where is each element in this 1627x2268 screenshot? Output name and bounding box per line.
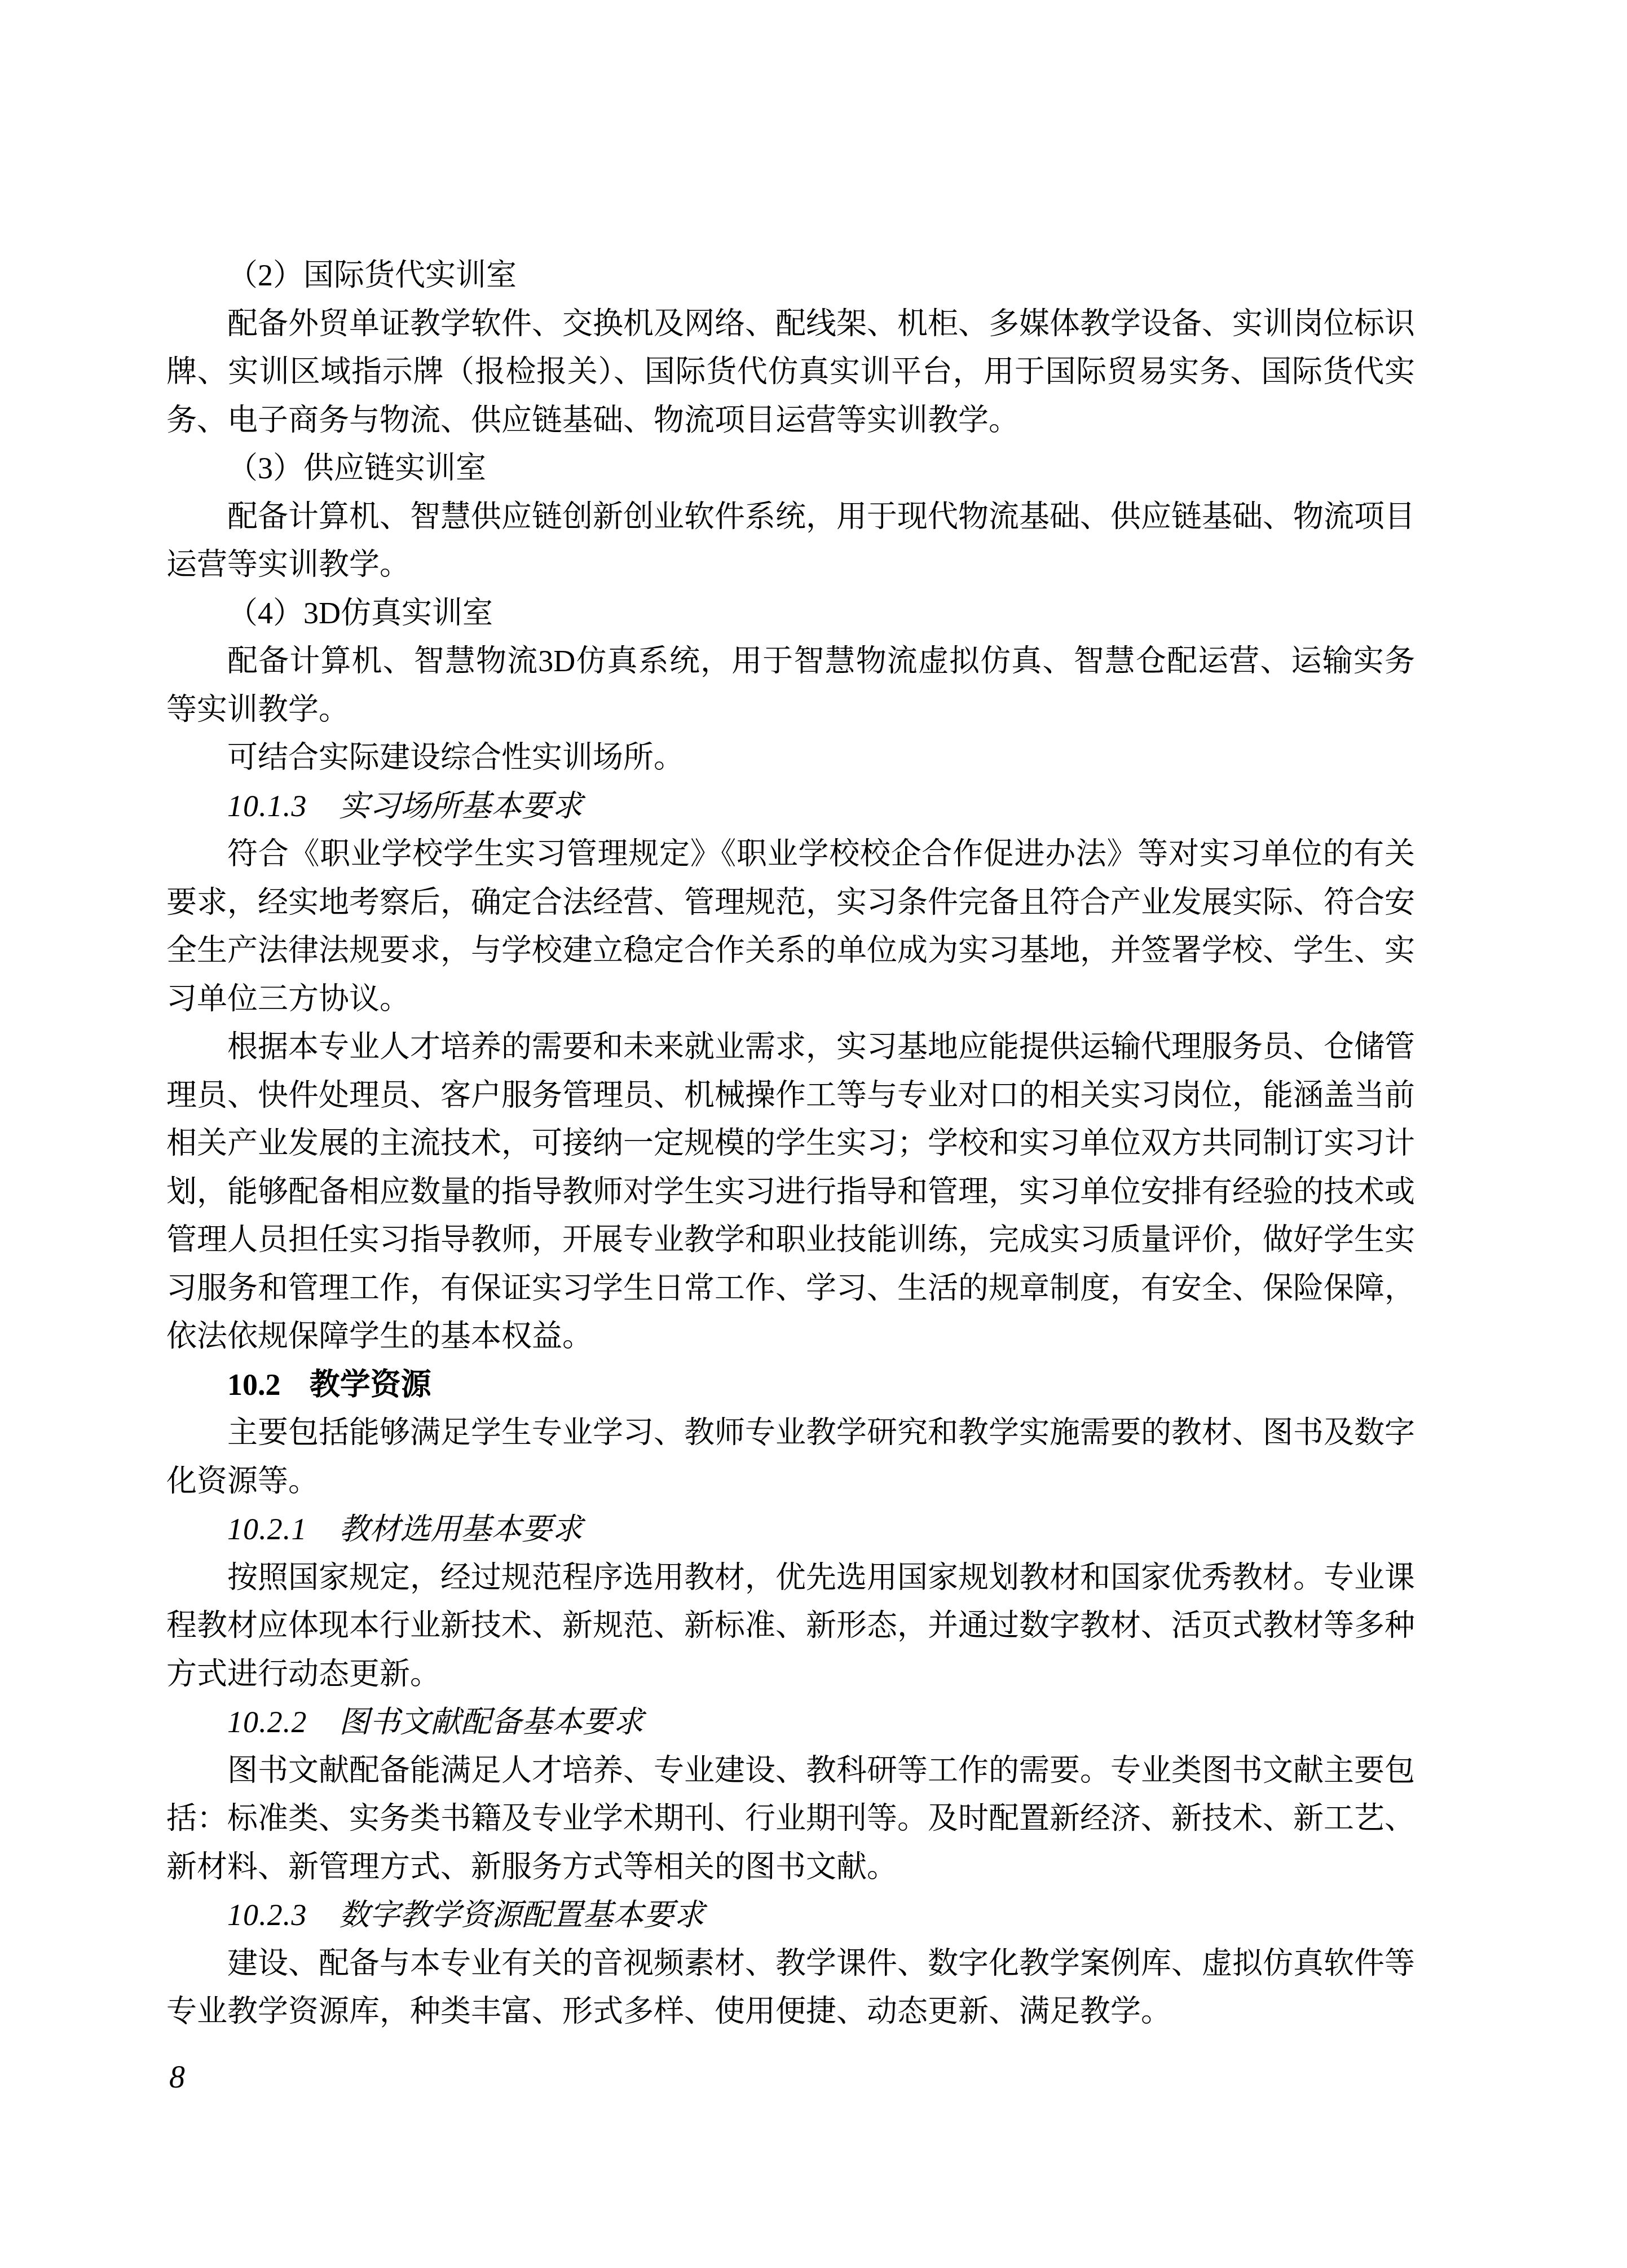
body-paragraph: 图书文献配备能满足人才培养、专业建设、教科研等工作的需要。专业类图书文献主要包括…: [166, 1747, 1415, 1892]
list-item-heading: （2）国际货代实训室: [166, 252, 1415, 300]
list-item-heading: （3）供应链实训室: [166, 444, 1415, 493]
heading-title: 数字教学资源配置基本要求: [339, 1898, 704, 1932]
section-heading: 10.2.2图书文献配备基本要求: [166, 1698, 1415, 1747]
section-heading: 10.2教学资源: [166, 1361, 1415, 1410]
list-item-heading: （4）3D仿真实训室: [166, 589, 1415, 638]
body-paragraph: 配备计算机、智慧供应链创新创业软件系统，用于现代物流基础、供应链基础、物流项目运…: [166, 493, 1415, 589]
page-number: 8: [169, 2058, 185, 2097]
heading-title: 实习场所基本要求: [339, 789, 583, 823]
section-heading: 10.2.3数字教学资源配置基本要求: [166, 1891, 1415, 1940]
heading-title: 教学资源: [310, 1368, 431, 1402]
body-paragraph: 可结合实际建设综合性实训场所。: [166, 734, 1415, 782]
heading-number: 10.2.1: [227, 1512, 307, 1546]
heading-number: 10.2.3: [227, 1898, 307, 1932]
body-paragraph: 主要包括能够满足学生专业学习、教师专业教学研究和教学实施需要的教材、图书及数字化…: [166, 1409, 1415, 1505]
body-paragraph: 建设、配备与本专业有关的音视频素材、教学课件、数字化教学案例库、虚拟仿真软件等专…: [166, 1940, 1415, 2036]
body-paragraph: 按照国家规定，经过规范程序选用教材，优先选用国家规划教材和国家优秀教材。专业课程…: [166, 1554, 1415, 1699]
heading-number: 10.2: [227, 1368, 281, 1402]
document-page: （2）国际货代实训室配备外贸单证教学软件、交换机及网络、配线架、机柜、多媒体教学…: [0, 0, 1627, 2268]
body-paragraph: 配备外贸单证教学软件、交换机及网络、配线架、机柜、多媒体教学设备、实训岗位标识牌…: [166, 300, 1415, 445]
body-paragraph: 配备计算机、智慧物流3D仿真系统，用于智慧物流虚拟仿真、智慧仓配运营、运输实务等…: [166, 637, 1415, 734]
heading-number: 10.1.3: [227, 789, 307, 823]
heading-title: 图书文献配备基本要求: [339, 1705, 643, 1739]
document-content: （2）国际货代实训室配备外贸单证教学软件、交换机及网络、配线架、机柜、多媒体教学…: [166, 252, 1415, 2036]
body-paragraph: 符合《职业学校学生实习管理规定》《职业学校校企合作促进办法》等对实习单位的有关要…: [166, 830, 1415, 1023]
heading-number: 10.2.2: [227, 1705, 307, 1739]
heading-title: 教材选用基本要求: [339, 1512, 583, 1546]
section-heading: 10.1.3实习场所基本要求: [166, 782, 1415, 831]
section-heading: 10.2.1教材选用基本要求: [166, 1505, 1415, 1554]
body-paragraph: 根据本专业人才培养的需要和未来就业需求，实习基地应能提供运输代理服务员、仓储管理…: [166, 1023, 1415, 1361]
